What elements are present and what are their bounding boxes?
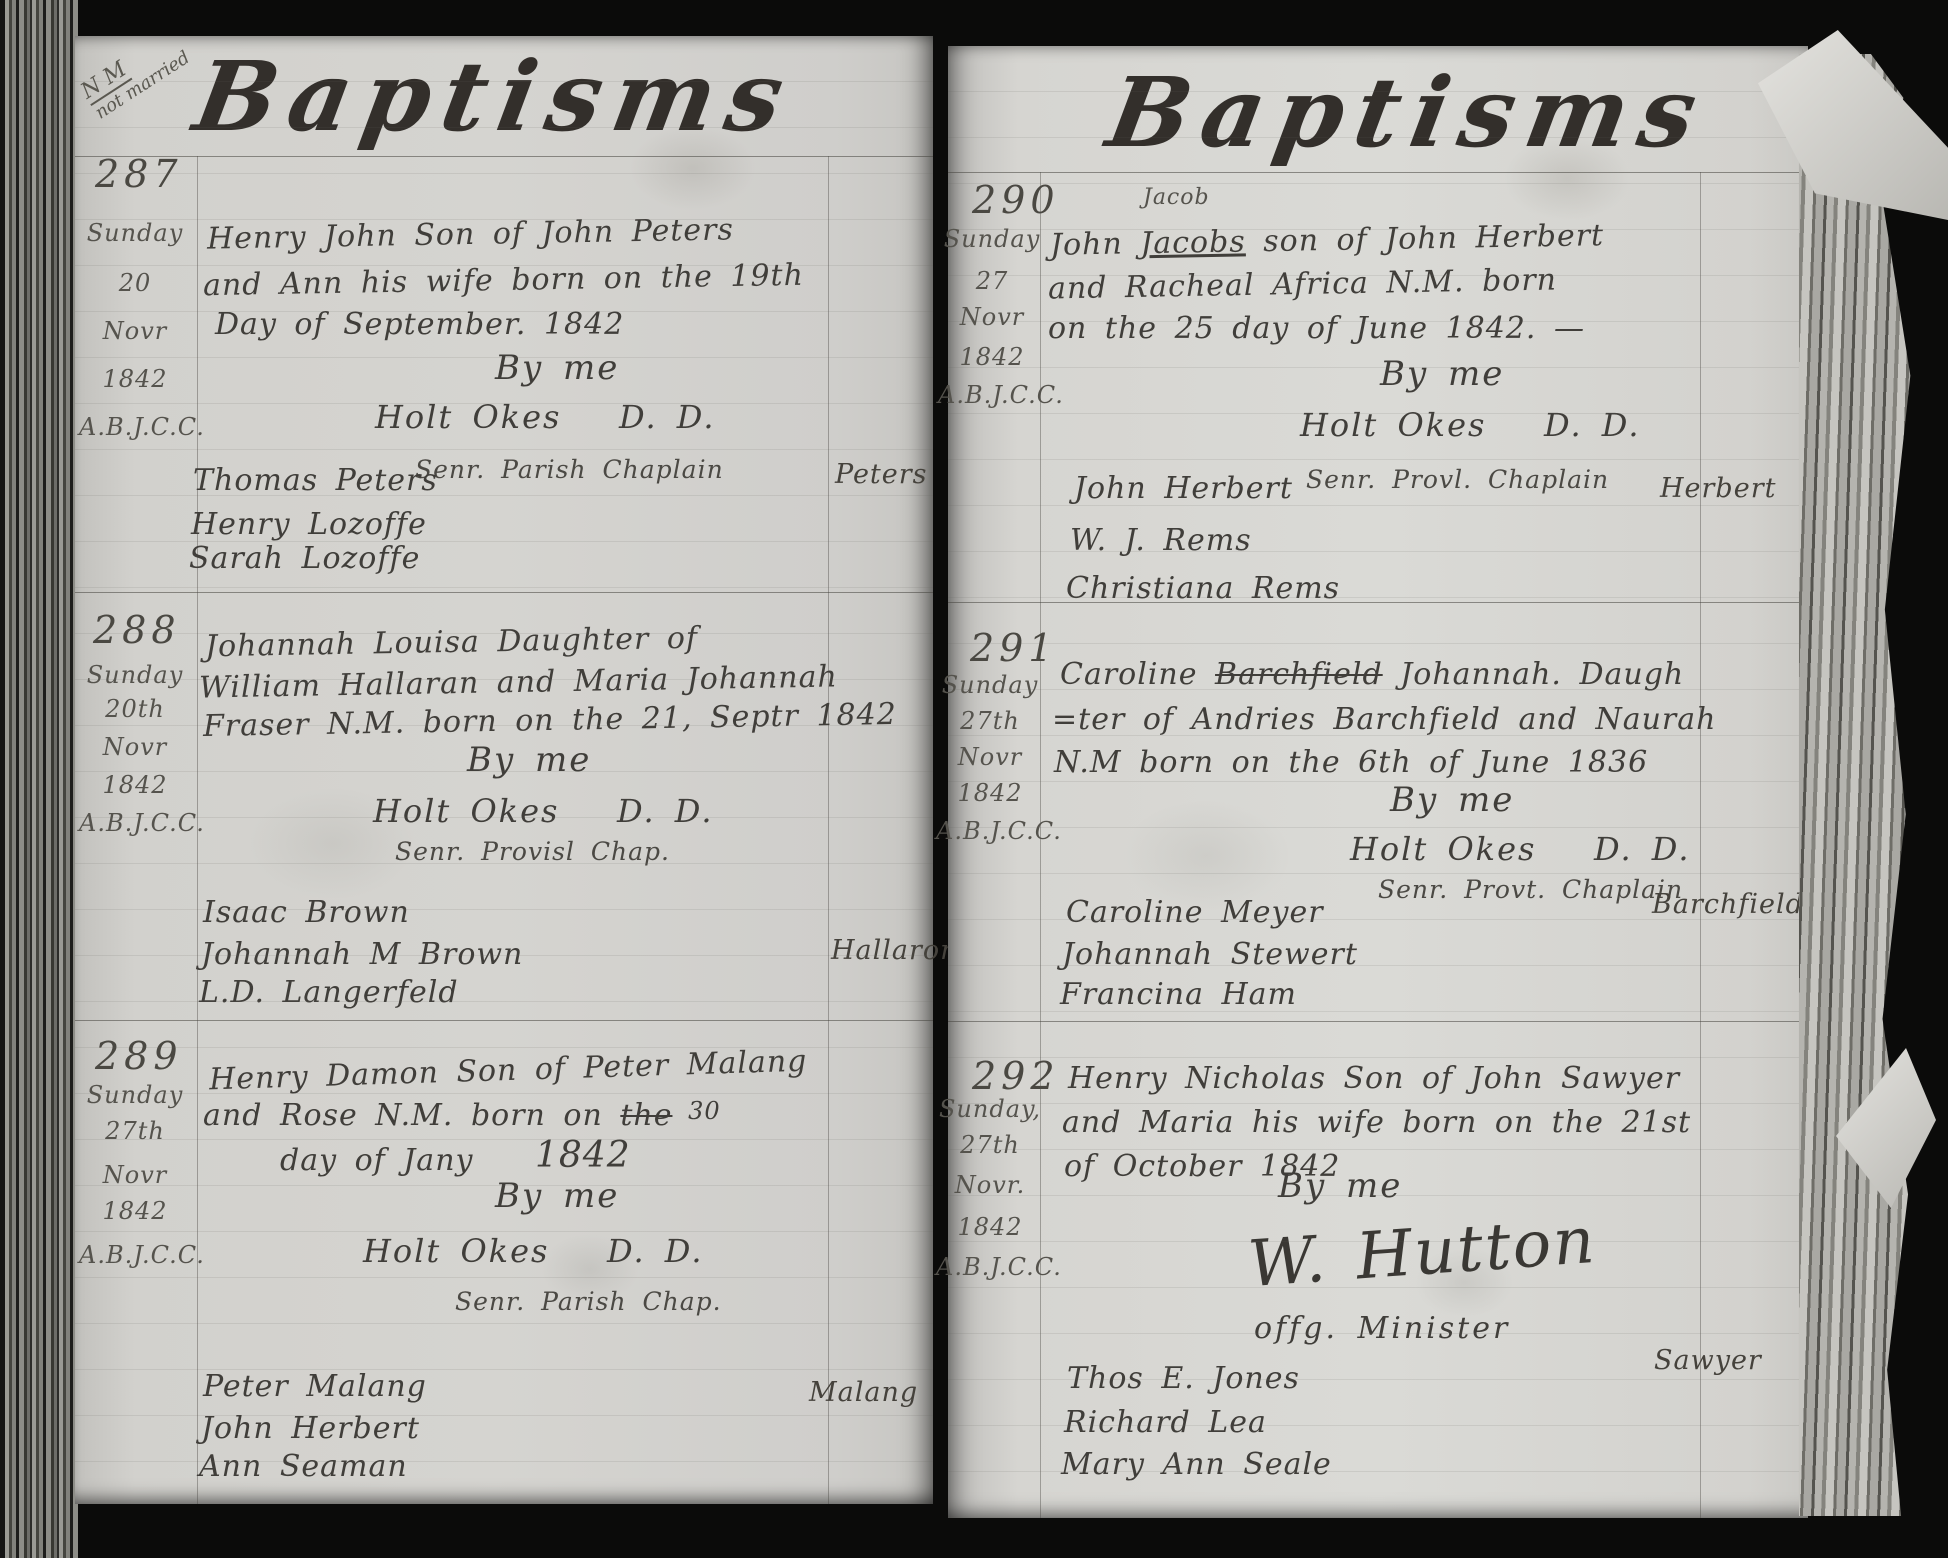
entry-text-line: Johannah Louisa Daughter of (205, 622, 699, 664)
underlined-word: Jacobs (1140, 224, 1246, 261)
margin-surname: Peters (835, 460, 928, 490)
entry-number: 287 (95, 154, 183, 196)
entry-church-abbr: A.B.J.C.C. (938, 382, 1042, 408)
entry-date-year: 1842 (938, 780, 1042, 806)
officiant-title: offg. Minister (1254, 1312, 1510, 1345)
witness-name: Christiana Rems (1066, 572, 1340, 605)
entry-text-line: and Ann his wife born on the 19th (203, 259, 804, 302)
entry-date-day: 27th (938, 708, 1042, 734)
entry-church-abbr: A.B.J.C.C. (79, 810, 183, 836)
entry-text-line: Fraser N.M. born on the 21, Septr 1842 (203, 698, 897, 743)
entry-date-day: 27th (83, 1118, 187, 1144)
minister-signature: Holt Okes D. D. (1300, 408, 1640, 443)
entry-date-day: 20th (83, 696, 187, 722)
corrected-word-above: Jacob (1143, 186, 1210, 210)
minister-title: Senr. Parish Chap. (455, 1288, 722, 1316)
entry-number: 292 (972, 1056, 1060, 1098)
entry-date-year: 1842 (83, 366, 187, 392)
date-column-rule (1040, 172, 1041, 1518)
entry-text-line: on the 25 day of June 1842. — (1048, 312, 1585, 345)
entry-divider (948, 1021, 1808, 1022)
entry-text-line: Henry Damon Son of Peter Malang (209, 1045, 808, 1097)
witness-name: John Herbert (201, 1412, 420, 1445)
entry-date-year: 1842 (940, 344, 1044, 370)
entry-text-line: and Rose N.M. born on the 30 (203, 1098, 721, 1132)
header-rule (75, 156, 933, 157)
book-spine-page-edges (0, 0, 78, 1558)
witness-name: Ann Seaman (199, 1450, 408, 1483)
entry-text-line: day of Jany (280, 1144, 473, 1177)
entry-date-day: 27th (938, 1132, 1042, 1158)
minister-title: Senr. Provt. Chaplain (1378, 876, 1683, 904)
entry-year: 1842 (535, 1136, 631, 1176)
witness-name: Peter Malang (203, 1370, 427, 1403)
minister-signature: Holt Okes D. D. (363, 1234, 703, 1269)
witness-name: Caroline Meyer (1066, 896, 1324, 929)
by-me-flourish: By me (1390, 782, 1514, 819)
entry-date-year: 1842 (83, 772, 187, 798)
surname-column-rule (1700, 172, 1701, 1518)
entry-number: 289 (95, 1036, 183, 1078)
entry-date-month: Novr (83, 734, 187, 760)
entry-church-abbr: A.B.J.C.C. (936, 1254, 1040, 1280)
entry-date-month: Novr (83, 1162, 187, 1188)
witness-name: Thomas Peters (193, 464, 438, 497)
entry-church-abbr: A.B.J.C.C. (79, 414, 183, 440)
struck-word: the (620, 1098, 672, 1133)
header-rule (948, 172, 1808, 173)
entry-text-line: Henry John Son of John Peters (207, 213, 734, 255)
page-title: Baptisms (1099, 60, 1718, 166)
left-page: N M not married Baptisms 287 Sunday 20 N… (75, 36, 933, 1504)
margin-surname: Barchfield (1652, 890, 1804, 920)
witness-name: Thos E. Jones (1067, 1362, 1300, 1395)
entry-date-day: 20 (83, 270, 187, 296)
line-segment: son of John Herbert (1245, 218, 1604, 259)
entry-text-line: Caroline Barchfield Johannah. Daugh (1060, 658, 1684, 691)
entry-divider (75, 592, 933, 593)
margin-surname: Sawyer (1654, 1346, 1762, 1376)
entry-text-line: Henry Nicholas Son of John Sawyer (1068, 1062, 1680, 1095)
margin-surname: Herbert (1660, 474, 1776, 504)
entry-date-weekday: Sunday (83, 1082, 187, 1108)
entry-date-month: Novr (940, 304, 1044, 330)
minister-title: Senr. Provl. Chaplain (1306, 466, 1609, 494)
margin-annotation: N M not married (77, 24, 194, 123)
entry-text-line: Day of September. 1842 (215, 308, 624, 341)
entry-divider (75, 1020, 933, 1021)
line-segment: and Rose N.M. born on (203, 1098, 620, 1133)
entry-text-line: =ter of Andries Barchfield and Naurah (1052, 703, 1716, 736)
witness-name: W. J. Rems (1070, 524, 1252, 557)
entry-text-line: and Racheal Africa N.M. born (1048, 264, 1557, 306)
witness-name: L.D. Langerfeld (199, 976, 459, 1009)
entry-church-abbr: A.B.J.C.C. (79, 1242, 183, 1268)
torn-fore-edge (1799, 54, 1915, 1516)
margin-surname: Malang (809, 1378, 918, 1408)
entry-text-line: and Maria his wife born on the 21st (1062, 1106, 1691, 1139)
minister-signature: Holt Okes D. D. (375, 400, 715, 435)
witness-name: Richard Lea (1064, 1406, 1267, 1439)
officiant-signature: W. Hutton (1246, 1206, 1599, 1301)
witness-name: Henry Lozoffe (191, 508, 427, 541)
by-me-flourish: By me (495, 350, 619, 387)
entry-date-year: 1842 (83, 1198, 187, 1224)
inserted-day: 30 (672, 1097, 720, 1125)
entry-number: 291 (970, 628, 1058, 670)
entry-date-month: Novr. (938, 1172, 1042, 1198)
minister-title: Senr. Provisl Chap. (395, 838, 670, 866)
line-segment: Caroline (1060, 657, 1215, 692)
witness-name: Francina Ham (1060, 978, 1297, 1011)
by-me-flourish: By me (1380, 356, 1504, 393)
minister-signature: Holt Okes D. D. (373, 794, 713, 829)
line-segment: Johannah. Daugh (1383, 657, 1685, 692)
entry-church-abbr: A.B.J.C.C. (936, 818, 1040, 844)
witness-name: Johannah Stewert (1062, 938, 1358, 971)
entry-text-line: John Jacobs son of John Herbert (1050, 219, 1605, 262)
entry-number: 288 (93, 610, 181, 652)
entry-date-weekday: Sunday (83, 220, 187, 246)
witness-name: John Herbert (1074, 472, 1293, 505)
right-page: Baptisms 290 Sunday 27 Novr 1842 A.B.J.C… (948, 46, 1808, 1518)
witness-name: Sarah Lozoffe (189, 542, 420, 575)
minister-title: Senr. Parish Chaplain (415, 456, 724, 484)
page-title: Baptisms (186, 44, 805, 150)
entry-date-month: Novr (938, 744, 1042, 770)
witness-name: Mary Ann Seale (1061, 1448, 1332, 1481)
by-me-flourish: By me (467, 742, 591, 779)
entry-date-weekday: Sunday (938, 672, 1042, 698)
by-me-flourish: By me (495, 1178, 619, 1215)
minister-signature: Holt Okes D. D. (1350, 832, 1690, 867)
struck-word: Barchfield (1215, 657, 1383, 692)
witness-name: Isaac Brown (203, 896, 410, 929)
entry-text-line: William Hallaran and Maria Johannah (199, 660, 838, 704)
surname-column-rule (828, 156, 829, 1504)
entry-date-month: Novr (83, 318, 187, 344)
entry-number: 290 (972, 180, 1060, 222)
margin-surname: Hallaron (831, 936, 959, 966)
entry-date-weekday: Sunday, (938, 1096, 1042, 1122)
entry-date-weekday: Sunday (83, 662, 187, 688)
entry-text-line: N.M born on the 6th of June 1836 (1054, 746, 1648, 779)
witness-name: Johannah M Brown (201, 938, 523, 971)
line-segment: John (1050, 226, 1141, 263)
entry-date-year: 1842 (938, 1214, 1042, 1240)
entry-date-day: 27 (940, 268, 1044, 294)
entry-date-weekday: Sunday (940, 226, 1044, 252)
baptism-register-scan: N M not married Baptisms 287 Sunday 20 N… (0, 0, 1948, 1558)
by-me-flourish: By me (1278, 1168, 1402, 1205)
